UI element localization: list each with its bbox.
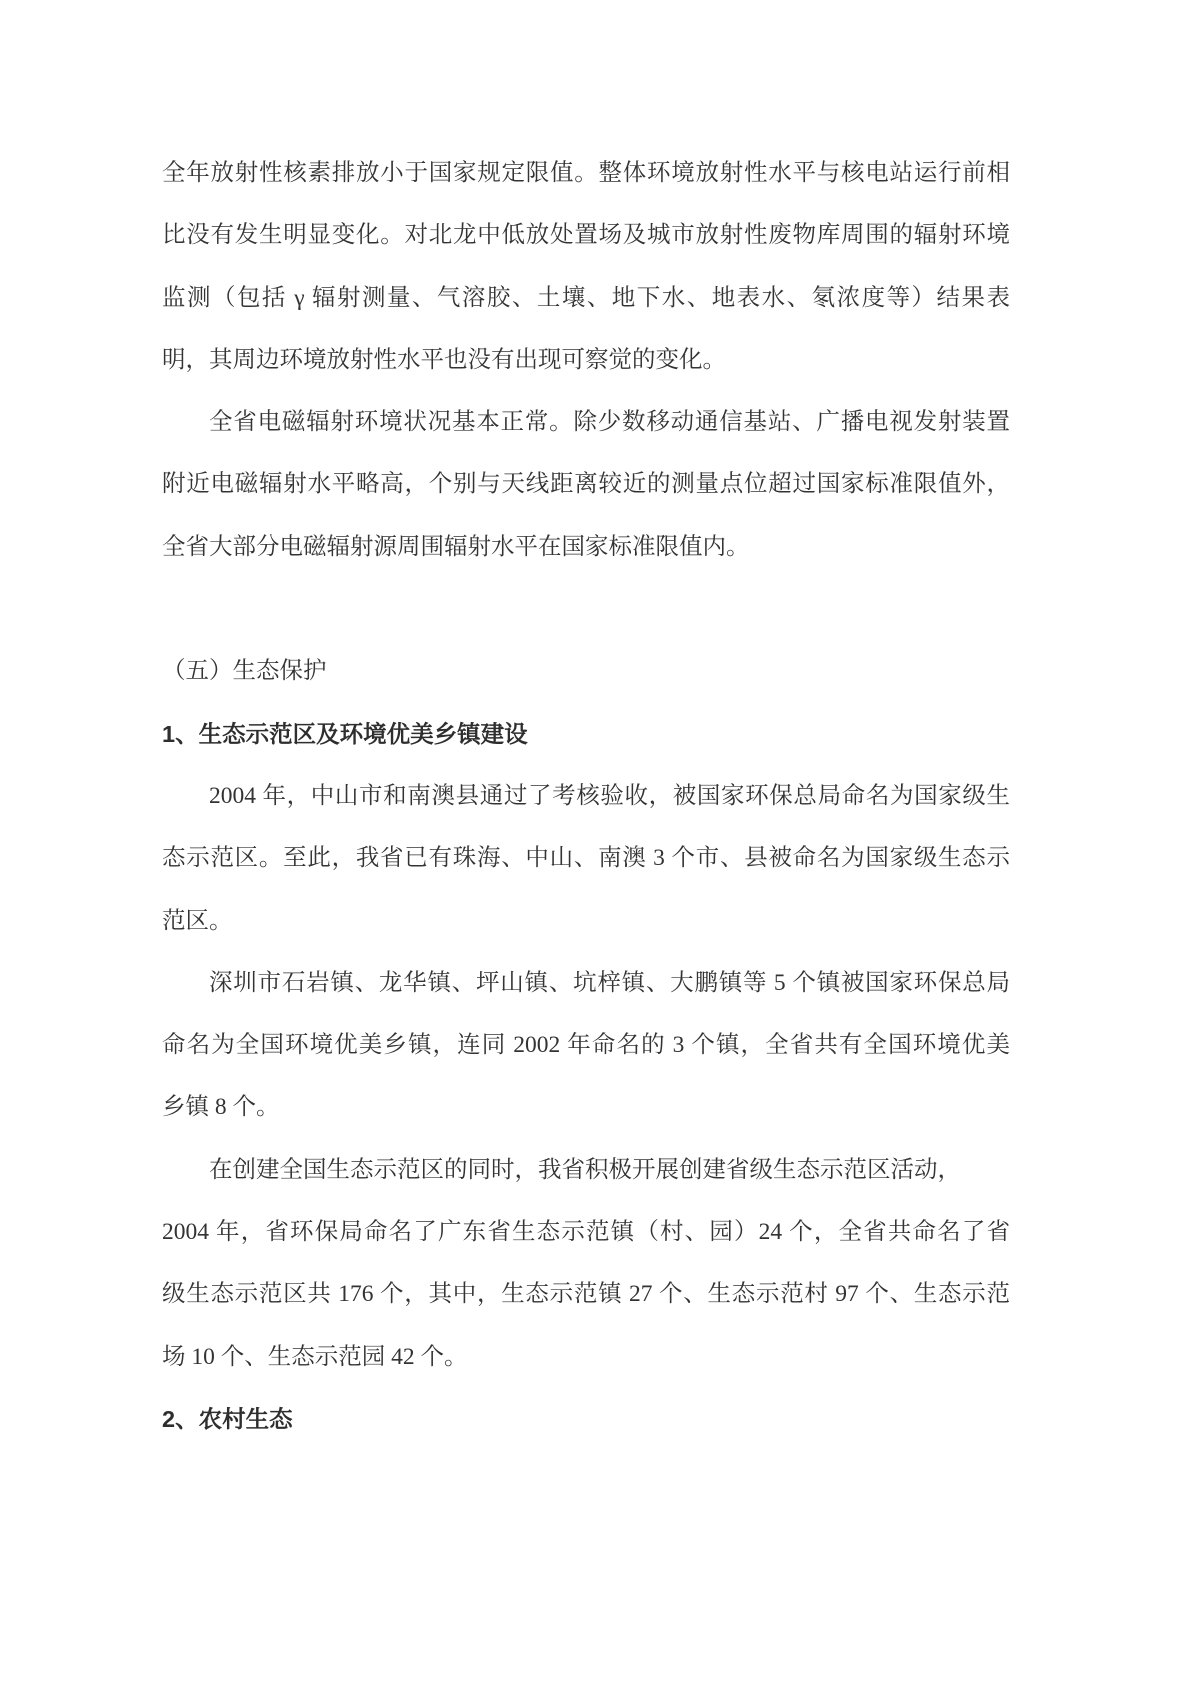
text-line: 全省大部分电磁辐射源周围辐射水平在国家标准限值内。 <box>162 516 1010 578</box>
paragraph-provincial-eco-demo: 在创建全国生态示范区的同时，我省积极开展创建省级生态示范区活动， 2004 年，… <box>162 1139 1010 1388</box>
text-line: 深圳市石岩镇、龙华镇、坪山镇、坑梓镇、大鹏镇等 5 个镇被国家环保总局 <box>162 952 1010 1014</box>
paragraph-2004-national-eco-demo: 2004 年，中山市和南澳县通过了考核验收，被国家环保总局命名为国家级生 态示范… <box>162 765 1010 952</box>
text-line: 级生态示范区共 176 个，其中，生态示范镇 27 个、生态示范村 97 个、生… <box>162 1263 1010 1325</box>
text-line: 2004 年，省环保局命名了广东省生态示范镇（村、园）24 个，全省共命名了省 <box>162 1201 1010 1263</box>
text-line: 态示范区。至此，我省已有珠海、中山、南澳 3 个市、县被命名为国家级生态示 <box>162 827 1010 889</box>
document-text-block: 全年放射性核素排放小于国家规定限值。整体环境放射性水平与核电站运行前相 比没有发… <box>162 142 1010 1450</box>
text-line: 全年放射性核素排放小于国家规定限值。整体环境放射性水平与核电站运行前相 <box>162 142 1010 204</box>
section-heading-rural-ecology: 2、农村生态 <box>162 1388 1010 1450</box>
document-page: 全年放射性核素排放小于国家规定限值。整体环境放射性水平与核电站运行前相 比没有发… <box>0 0 1191 1684</box>
paragraph-annual-radionuclide: 全年放射性核素排放小于国家规定限值。整体环境放射性水平与核电站运行前相 比没有发… <box>162 142 1010 391</box>
paragraph-shenzhen-beautiful-towns: 深圳市石岩镇、龙华镇、坪山镇、坑梓镇、大鹏镇等 5 个镇被国家环保总局 命名为全… <box>162 952 1010 1139</box>
section-heading-eco-demo-zones: 1、生态示范区及环境优美乡镇建设 <box>162 703 1010 765</box>
text-line: 2004 年，中山市和南澳县通过了考核验收，被国家环保总局命名为国家级生 <box>162 765 1010 827</box>
text-line: 比没有发生明显变化。对北龙中低放处置场及城市放射性废物库周围的辐射环境 <box>162 204 1010 266</box>
text-line: 全省电磁辐射环境状况基本正常。除少数移动通信基站、广播电视发射装置 <box>162 391 1010 453</box>
blank-line <box>162 578 1010 640</box>
text-line: 场 10 个、生态示范园 42 个。 <box>162 1326 1010 1388</box>
text-line: 监测（包括 γ 辐射测量、气溶胶、土壤、地下水、地表水、氡浓度等）结果表 <box>162 267 1010 329</box>
text-line: 在创建全国生态示范区的同时，我省积极开展创建省级生态示范区活动， <box>162 1139 1010 1201</box>
text-line: 明，其周边环境放射性水平也没有出现可察觉的变化。 <box>162 329 1010 391</box>
text-line: 范区。 <box>162 890 1010 952</box>
subsection-title-eco-protection: （五）生态保护 <box>162 640 1010 702</box>
text-line: 乡镇 8 个。 <box>162 1076 1010 1138</box>
text-line: 附近电磁辐射水平略高，个别与天线距离较近的测量点位超过国家标准限值外， <box>162 453 1010 515</box>
text-line: 命名为全国环境优美乡镇，连同 2002 年命名的 3 个镇，全省共有全国环境优美 <box>162 1014 1010 1076</box>
paragraph-electromagnetic-radiation: 全省电磁辐射环境状况基本正常。除少数移动通信基站、广播电视发射装置 附近电磁辐射… <box>162 391 1010 578</box>
